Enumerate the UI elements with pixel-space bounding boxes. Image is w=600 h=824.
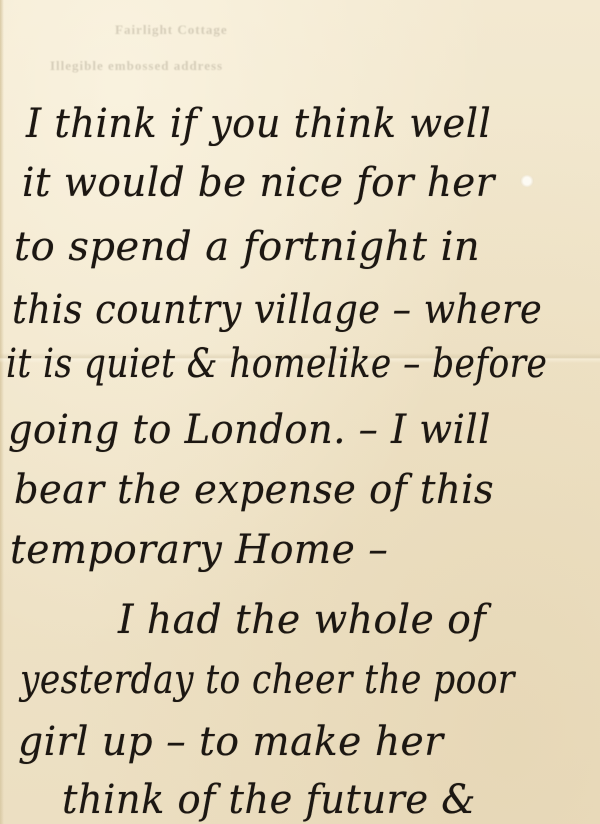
handwritten-line: to spend a fortnight in — [14, 227, 480, 267]
letter-page: Fairlight Cottage Illegible embossed add… — [0, 0, 600, 824]
handwritten-line: it is quiet & homelike – before — [6, 344, 547, 384]
handwritten-line: going to London. – I will — [8, 410, 491, 450]
handwritten-line: this country village – where — [12, 290, 542, 330]
handwritten-line: bear the expense of this — [14, 470, 494, 510]
handwritten-line: yesterday to cheer the poor — [20, 660, 515, 700]
handwritten-line: girl up – to make her — [18, 722, 443, 762]
handwritten-text-block: I think if you think well it would be ni… — [0, 0, 600, 824]
handwritten-line: temporary Home – — [10, 530, 388, 570]
handwritten-line: I think if you think well — [26, 104, 491, 144]
handwritten-line: I had the whole of — [118, 600, 486, 640]
handwritten-line: think of the future & — [62, 780, 476, 820]
handwritten-line: it would be nice for her — [22, 163, 495, 203]
